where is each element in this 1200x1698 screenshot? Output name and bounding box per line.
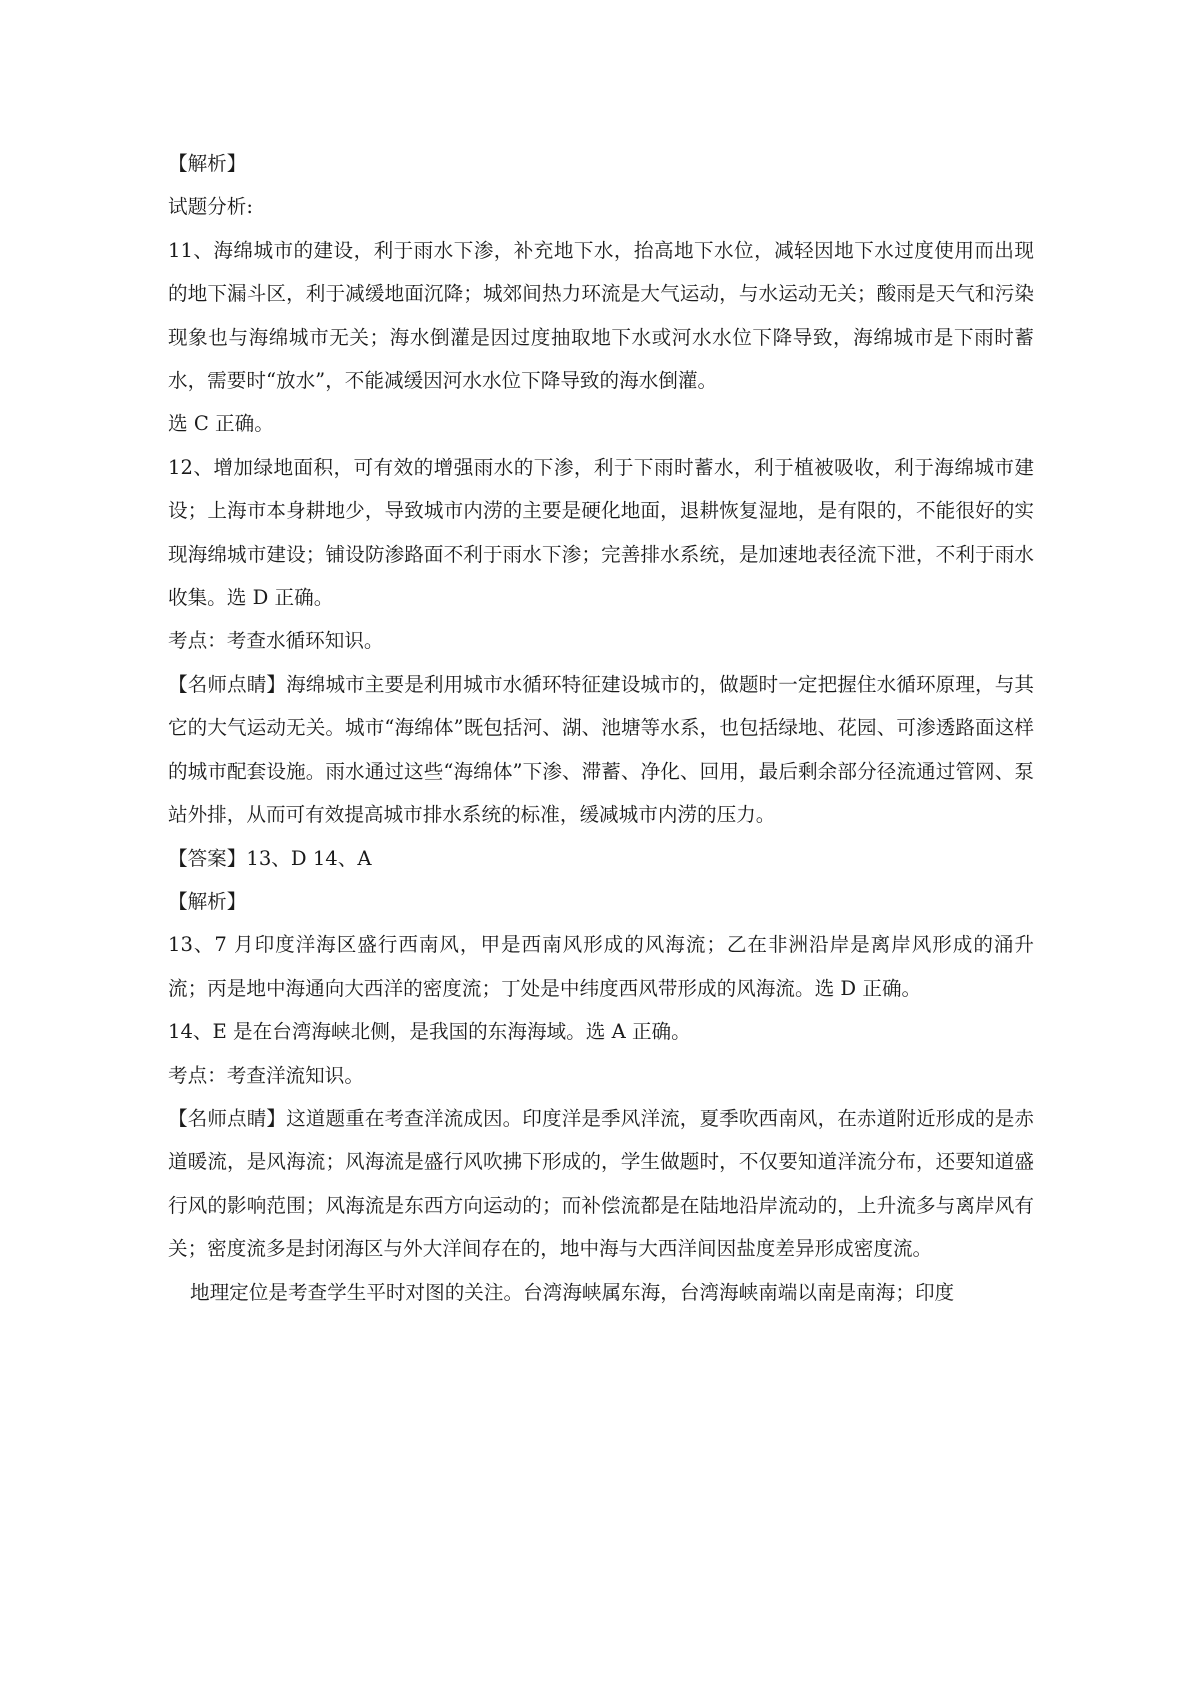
geography-location-paragraph: 地理定位是考查学生平时对图的关注。台湾海峡属东海，台湾海峡南端以南是南海；印度 <box>168 1271 1034 1314</box>
answer-11-choice: 选 C 正确。 <box>168 402 1034 445</box>
key-point-ocean-currents: 考点：考查洋流知识。 <box>168 1054 1034 1097</box>
document-page: 【解析】 试题分析: 11、海绵城市的建设，利于雨水下渗，补充地下水，抬高地下水… <box>168 142 1034 1314</box>
section-heading-analysis: 【解析】 <box>168 142 1034 185</box>
answer-12-explanation: 12、增加绿地面积，可有效的增强雨水的下渗，利于下雨时蓄水，利于植被吸收，利于海… <box>168 446 1034 620</box>
key-point-water-cycle: 考点：考查水循环知识。 <box>168 619 1034 662</box>
answer-14-explanation: 14、E 是在台湾海峡北侧，是我国的东海海域。选 A 正确。 <box>168 1010 1034 1053</box>
answer-13-explanation: 13、7 月印度洋海区盛行西南风，甲是西南风形成的风海流；乙在非洲沿岸是离岸风形… <box>168 923 1034 1010</box>
section-heading-analysis-2: 【解析】 <box>168 880 1034 923</box>
analysis-label: 试题分析: <box>168 185 1034 228</box>
answer-11-explanation: 11、海绵城市的建设，利于雨水下渗，补充地下水，抬高地下水位，减轻因地下水过度使… <box>168 229 1034 403</box>
teacher-note-ocean-currents: 【名师点睛】这道题重在考查洋流成因。印度洋是季风洋流，夏季吹西南风，在赤道附近形… <box>168 1097 1034 1271</box>
answer-heading-13-14: 【答案】13、D 14、A <box>168 837 1034 880</box>
teacher-note-sponge-city: 【名师点睛】海绵城市主要是利用城市水循环特征建设城市的，做题时一定把握住水循环原… <box>168 663 1034 837</box>
